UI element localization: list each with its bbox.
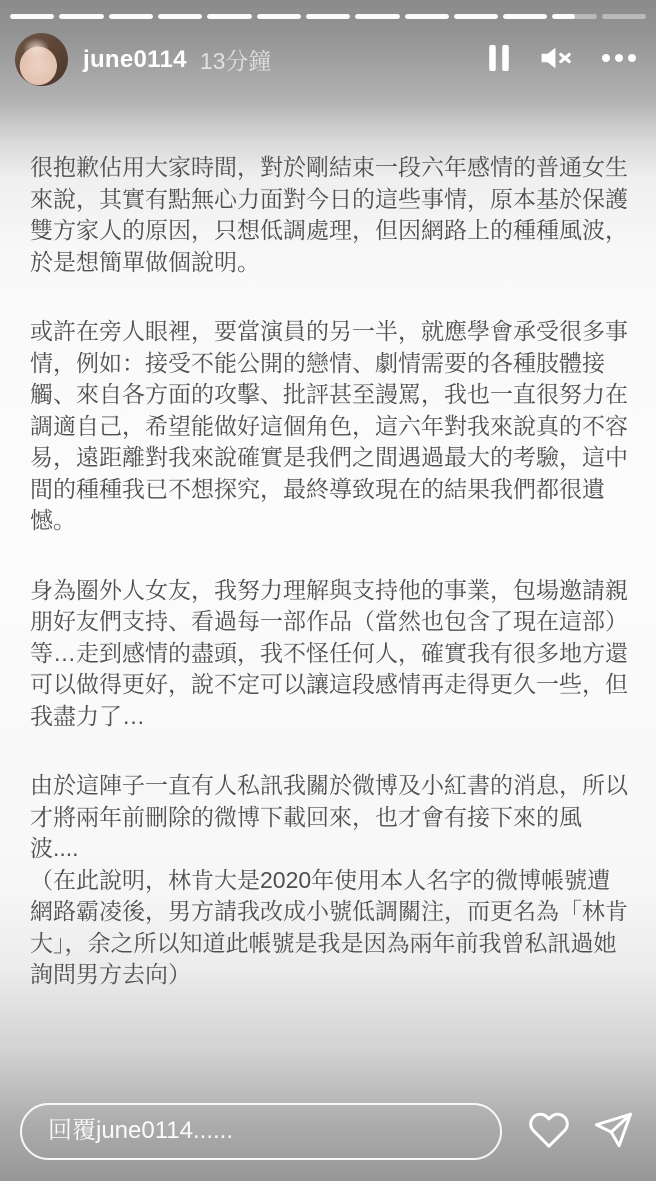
heart-icon <box>527 1109 571 1154</box>
pause-icon <box>486 42 512 77</box>
more-options-icon <box>600 52 638 67</box>
volume-muted-icon <box>538 43 574 76</box>
story-viewport: { "story": { "progress": { "total_segmen… <box>0 0 656 1181</box>
progress-segment <box>552 14 596 19</box>
progress-segment <box>10 14 54 19</box>
progress-segment <box>59 14 103 19</box>
avatar[interactable] <box>15 33 68 86</box>
story-footer <box>20 1102 634 1160</box>
pause-button[interactable] <box>486 42 512 77</box>
statement-paragraph: 很抱歉佔用大家時間，對於剛結束一段六年感情的普通女生來說，其實有點無心力面對今日… <box>30 152 630 278</box>
share-button[interactable] <box>592 1109 634 1154</box>
progress-segment <box>602 14 646 19</box>
story-progress-bar <box>10 14 646 19</box>
story-timestamp: 13分鐘 <box>200 43 272 76</box>
progress-segment <box>306 14 350 19</box>
story-header: june0114 13分鐘 <box>15 33 638 86</box>
username[interactable]: june0114 <box>83 46 187 74</box>
reply-input[interactable] <box>20 1103 502 1160</box>
like-button[interactable] <box>527 1109 571 1154</box>
story-text-content: 很抱歉佔用大家時間，對於剛結束一段六年感情的普通女生來說，其實有點無心力面對今日… <box>30 152 630 1029</box>
progress-segment <box>503 14 547 19</box>
progress-segment <box>405 14 449 19</box>
paper-plane-icon <box>592 1109 634 1154</box>
progress-segment <box>158 14 202 19</box>
story-controls <box>486 42 638 77</box>
more-options-button[interactable] <box>600 52 638 67</box>
mute-button[interactable] <box>538 43 574 76</box>
progress-segment <box>355 14 399 19</box>
progress-segment <box>207 14 251 19</box>
statement-paragraph: 或許在旁人眼裡，要當演員的另一半，就應學會承受很多事情，例如：接受不能公開的戀情… <box>30 316 630 537</box>
statement-paragraph: 身為圈外人女友，我努力理解與支持他的事業，包場邀請親朋好友們支持、看過每一部作品… <box>30 575 630 733</box>
progress-segment <box>257 14 301 19</box>
progress-segment <box>454 14 498 19</box>
statement-paragraph: （在此說明，林肯大是2020年使用本人名字的微博帳號遭網路霸凌後，男方請我改成小… <box>30 865 630 991</box>
progress-segment <box>109 14 153 19</box>
statement-paragraph: 由於這陣子一直有人私訊我關於微博及小紅書的消息，所以才將兩年前刪除的微博下載回來… <box>30 770 630 865</box>
